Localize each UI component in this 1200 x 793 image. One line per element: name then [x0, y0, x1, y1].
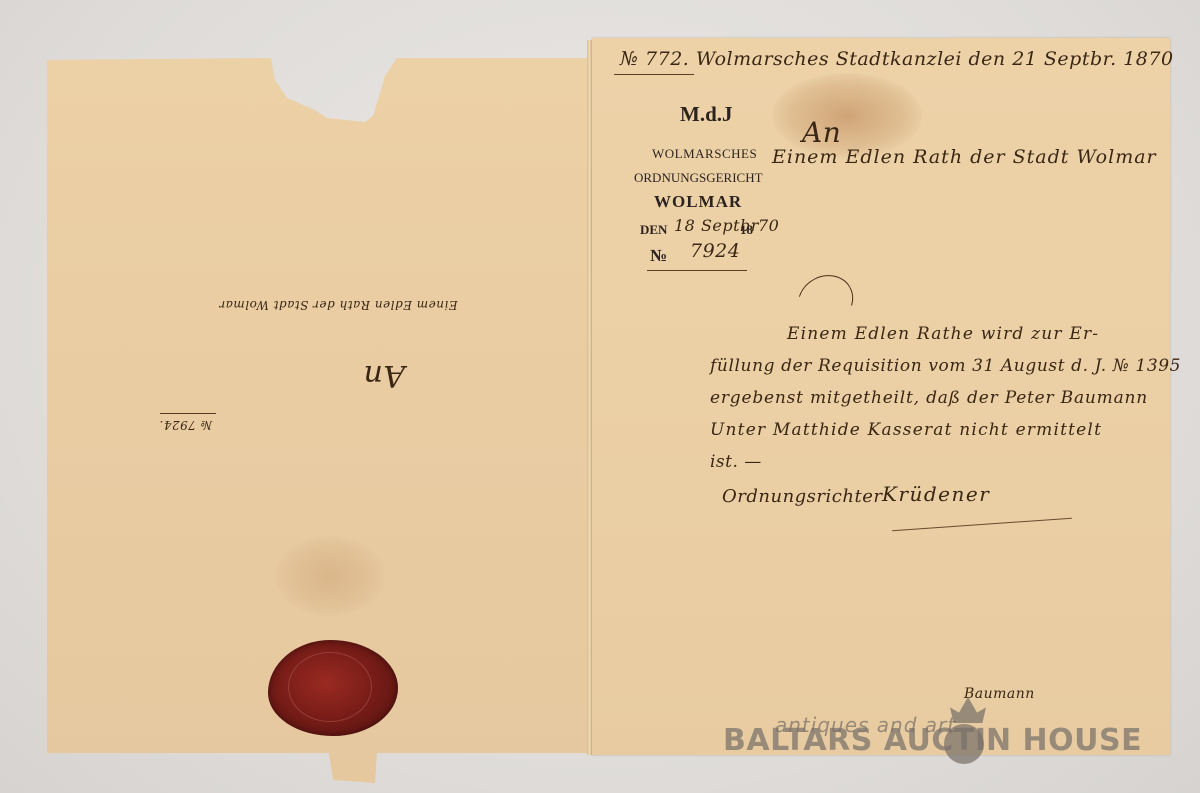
addressee: Einem Edlen Rath der Stadt Wolmar: [772, 146, 1157, 168]
header-number-underline: [614, 74, 694, 75]
stamp-year-prefix: 18: [740, 222, 753, 238]
signature-name: Krüdener: [882, 482, 990, 506]
upside-down-reference-number: № 7924.: [159, 418, 212, 432]
stamp-line-3: WOLMAR: [654, 192, 742, 212]
watermark-brand-part2: N HOUSE: [986, 723, 1142, 758]
stamp-monogram: M.d.J: [680, 102, 733, 127]
upside-down-salutation: An: [363, 358, 405, 393]
stamp-number-prefix: №: [650, 246, 667, 266]
stain: [275, 536, 385, 616]
watermark-brand-part1: BALTARS AUCTI: [723, 723, 987, 758]
body-line-5: ist. —: [710, 452, 762, 472]
signature-flourish: [892, 518, 1072, 532]
upside-down-address: Einem Edlen Rath der Stadt Wolmar: [219, 298, 458, 312]
letter-header-line: № 772. Wolmarsches Stadtkanzlei den 21 S…: [620, 48, 1174, 70]
reference-underline: [160, 413, 216, 414]
right-page-letter: № 772. Wolmarsches Stadtkanzlei den 21 S…: [592, 38, 1170, 755]
stamp-date-prefix: DEN: [640, 222, 667, 238]
stamp-line-2: ORDNUNGSGERICHT: [634, 170, 763, 186]
body-line-2: füllung der Requisition vom 31 August d.…: [710, 356, 1181, 376]
stamp-year-handwritten: 70: [758, 216, 779, 235]
body-line-1: Einem Edlen Rathe wird zur Er-: [787, 324, 1099, 344]
body-line-4: Unter Matthide Kasserat nicht ermittelt: [710, 420, 1102, 440]
signature-title: Ordnungsrichter: [722, 486, 882, 507]
stamp-line-1: WOLMARSCHES: [652, 146, 757, 162]
body-line-3: ergebenst mitgetheilt, daß der Peter Bau…: [710, 388, 1148, 408]
red-wax-seal: [268, 640, 398, 736]
stamp-number-handwritten: 7924: [690, 240, 740, 262]
addressee-prefix: An: [802, 116, 841, 149]
secretary-signature: Baumann: [964, 686, 1035, 702]
stamp-number-underline: [647, 270, 747, 271]
